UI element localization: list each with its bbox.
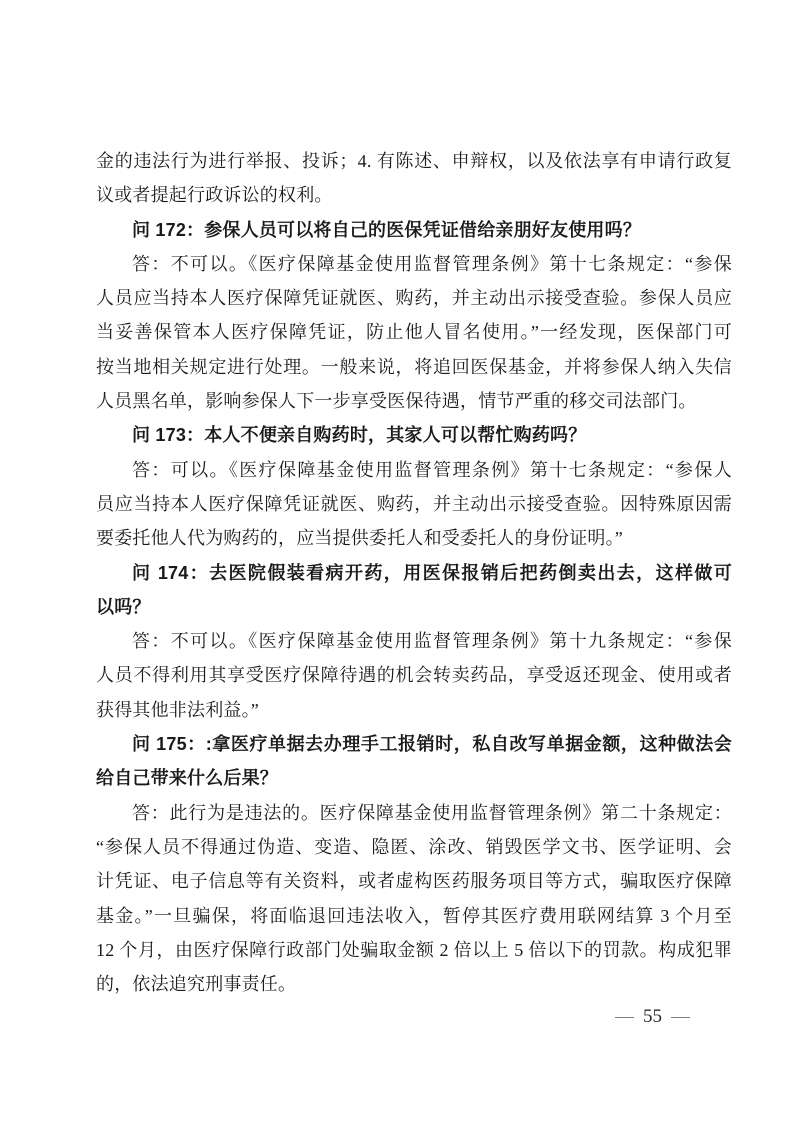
text-line: 议或者提起行政诉讼的权利。: [96, 178, 732, 212]
paragraph-answer: 答：不可以。《医疗保障基金使用监督管理条例》第十七条规定：“参保人员应当持本人医…: [96, 247, 732, 418]
text-line: 人员不得利用其享受医疗保障待遇的机会转卖药品，享受返还现金、使用或者: [96, 658, 732, 692]
paragraph-answer: 答：不可以。《医疗保障基金使用监督管理条例》第十九条规定：“参保人员不得利用其享…: [96, 624, 732, 727]
paragraph-question: 问 172：参保人员可以将自己的医保凭证借给亲朋好友使用吗？: [96, 213, 732, 247]
text-line: “参保人员不得通过伪造、变造、隐匿、涂改、销毁医学文书、医学证明、会: [96, 830, 732, 864]
paragraph-body: 金的违法行为进行举报、投诉；4. 有陈述、申辩权，以及依法享有申请行政复议或者提…: [96, 144, 732, 213]
text-line: 问 174：去医院假装看病开药，用医保报销后把药倒卖出去，这样做可: [96, 556, 732, 590]
text-line: 答：不可以。《医疗保障基金使用监督管理条例》第十九条规定：“参保: [96, 624, 732, 658]
paragraph-question: 问 175：:拿医疗单据去办理手工报销时，私自改写单据金额，这种做法会给自己带来…: [96, 727, 732, 796]
text-line: 按当地相关规定进行处理。一般来说，将追回医保基金，并将参保人纳入失信: [96, 350, 732, 384]
page-number-dash-right: —: [671, 1006, 690, 1027]
text-line: 问 173：本人不便亲自购药时，其家人可以帮忙购药吗？: [96, 418, 732, 452]
text-line: 基金。”一旦骗保，将面临退回违法收入，暂停其医疗费用联网结算 3 个月至: [96, 899, 732, 933]
text-line: 人员黑名单，影响参保人下一步享受医保待遇，情节严重的移交司法部门。: [96, 384, 732, 418]
page-number-value: 55: [634, 1006, 671, 1027]
paragraph-answer: 答：此行为是违法的。医疗保障基金使用监督管理条例》第二十条规定：“参保人员不得通…: [96, 796, 732, 1002]
text-line: 要委托他人代为购药的，应当提供委托人和受委托人的身份证明。”: [96, 521, 732, 555]
text-line: 问 175：:拿医疗单据去办理手工报销时，私自改写单据金额，这种做法会: [96, 727, 732, 761]
text-line: 以吗？: [96, 590, 732, 624]
document-page: 金的违法行为进行举报、投诉；4. 有陈述、申辩权，以及依法享有申请行政复议或者提…: [0, 0, 793, 1122]
text-line: 当妥善保管本人医疗保障凭证，防止他人冒名使用。”一经发现，医保部门可: [96, 315, 732, 349]
text-line: 问 172：参保人员可以将自己的医保凭证借给亲朋好友使用吗？: [96, 213, 732, 247]
text-line: 12 个月，由医疗保障行政部门处骗取金额 2 倍以上 5 倍以下的罚款。构成犯罪: [96, 933, 732, 967]
text-line: 员应当持本人医疗保障凭证就医、购药，并主动出示接受查验。因特殊原因需: [96, 487, 732, 521]
page-number: —55—: [615, 1005, 690, 1029]
text-line: 的，依法追究刑事责任。: [96, 967, 732, 1001]
paragraph-question: 问 173：本人不便亲自购药时，其家人可以帮忙购药吗？: [96, 418, 732, 452]
text-line: 金的违法行为进行举报、投诉；4. 有陈述、申辩权，以及依法享有申请行政复: [96, 144, 732, 178]
text-line: 获得其他非法利益。”: [96, 693, 732, 727]
text-line: 计凭证、电子信息等有关资料，或者虚构医药服务项目等方式，骗取医疗保障: [96, 864, 732, 898]
document-body: 金的违法行为进行举报、投诉；4. 有陈述、申辩权，以及依法享有申请行政复议或者提…: [96, 144, 732, 1001]
text-line: 人员应当持本人医疗保障凭证就医、购药，并主动出示接受查验。参保人员应: [96, 281, 732, 315]
text-line: 答：此行为是违法的。医疗保障基金使用监督管理条例》第二十条规定：: [96, 796, 732, 830]
paragraph-answer: 答：可以。《医疗保障基金使用监督管理条例》第十七条规定：“参保人员应当持本人医疗…: [96, 453, 732, 556]
paragraph-question: 问 174：去医院假装看病开药，用医保报销后把药倒卖出去，这样做可以吗？: [96, 556, 732, 625]
text-line: 答：可以。《医疗保障基金使用监督管理条例》第十七条规定：“参保人: [96, 453, 732, 487]
text-line: 答：不可以。《医疗保障基金使用监督管理条例》第十七条规定：“参保: [96, 247, 732, 281]
text-line: 给自己带来什么后果？: [96, 761, 732, 795]
page-number-dash-left: —: [615, 1006, 634, 1027]
